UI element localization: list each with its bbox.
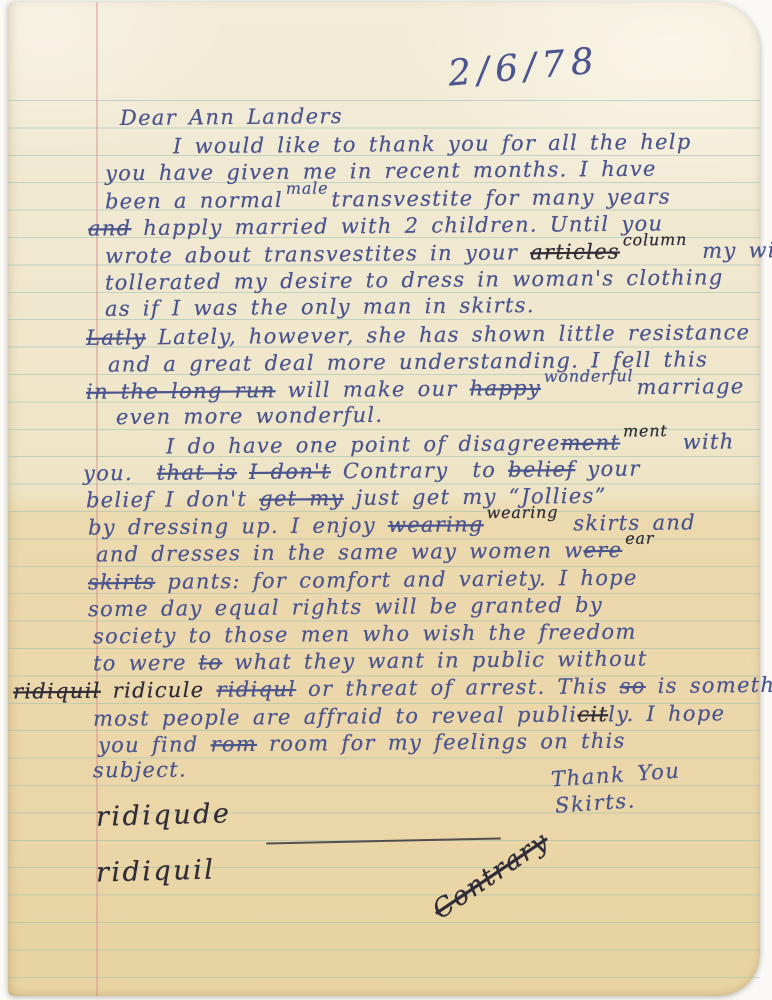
- handwriting-segment: to: [199, 650, 223, 674]
- handwriting-segment: ment: [623, 417, 668, 444]
- handwriting-segment: ear: [625, 525, 654, 552]
- scan-background: 2/6/78 Dear Ann LandersI would like to t…: [0, 0, 772, 1000]
- handwritten-line: you have given me in recent months. I ha…: [105, 156, 657, 188]
- handwriting-segment: subject.: [93, 758, 187, 783]
- handwriting-segment: you find: [98, 732, 211, 757]
- handwriting-segment: Contrary to: [331, 458, 508, 484]
- handwriting-segment: [237, 460, 249, 484]
- handwriting-segment: in the long run: [86, 378, 276, 404]
- handwriting-segment: will make our: [275, 377, 469, 403]
- handwriting-segment: wrote about transvestites in your: [105, 240, 530, 268]
- handwriting-segment: ment: [561, 431, 621, 456]
- handwritten-line: Dear Ann Landers: [120, 103, 343, 132]
- handwriting-segment: male: [286, 175, 329, 202]
- practice-word-2: ridiquil: [96, 856, 216, 886]
- handwriting-segment: wonderful: [544, 362, 634, 390]
- handwriting-segment: some day equal rights will be granted by: [88, 593, 603, 621]
- handwriting-segment: belief I don't: [86, 487, 259, 513]
- handwritten-line: you find rom room for my feelings on thi…: [98, 728, 626, 760]
- signature-line-2: Skirts.: [554, 787, 637, 820]
- handwriting-segment: ridiqul: [216, 677, 296, 702]
- handwriting-segment: Dear Ann Landers: [120, 104, 343, 130]
- handwriting-segment: with: [671, 430, 735, 455]
- handwriting-segment: you have given me in recent months. I ha…: [105, 157, 657, 186]
- handwritten-line: and happly married with 2 children. Unti…: [88, 210, 664, 242]
- handwriting-segment: Lately, however, she has shown little re…: [146, 320, 751, 349]
- handwriting-segment: just get my “Jollies”: [344, 484, 607, 510]
- handwriting-segment: tollerated my desire to dress in woman's…: [105, 265, 724, 294]
- handwriting-segment: pants: for comfort and variety. I hope: [155, 566, 638, 594]
- handwritten-line: even more wonderful.: [116, 402, 384, 431]
- handwriting-segment: cit: [577, 702, 608, 726]
- handwriting-segment: belief: [508, 457, 576, 482]
- handwriting-segment: ere: [583, 538, 622, 562]
- letter-page: 2/6/78 Dear Ann LandersI would like to t…: [8, 2, 760, 996]
- date-text: 2/6/78: [447, 43, 601, 92]
- handwritten-line: as if I was the only man in skirts.: [105, 292, 535, 323]
- handwriting-segment: and dresses in the same way women w: [96, 538, 584, 566]
- handwriting-segment: that is: [157, 460, 237, 485]
- handwriting-segment: or threat of arrest. This: [296, 674, 620, 701]
- handwriting-segment: my wife: [690, 238, 772, 263]
- handwriting-segment: articles: [530, 240, 620, 265]
- handwriting-segment: what they want in public without: [222, 647, 647, 675]
- handwritten-line: most people are affraid to reveal public…: [93, 700, 726, 733]
- handwriting-segment: so: [620, 674, 646, 698]
- handwriting-segment: I do have one point of disagree: [166, 431, 561, 458]
- handwriting-segment: Latly: [86, 325, 146, 350]
- handwriting-segment: I would like to thank you for all the he…: [173, 130, 692, 159]
- handwriting-segment: rom: [210, 732, 257, 756]
- handwriting-segment: ly. I hope: [608, 701, 725, 726]
- pen-flourish: [266, 838, 501, 845]
- discarded-word: Contrary: [428, 827, 554, 924]
- handwriting-segment: marriage: [636, 374, 744, 399]
- handwriting-segment: room for my feelings on this: [257, 729, 626, 756]
- handwritten-line: tollerated my desire to dress in woman's…: [105, 264, 724, 296]
- handwritten-line: to were to what they want in public with…: [93, 646, 648, 678]
- handwriting-segment: society to those men who wish the freedo…: [93, 620, 637, 649]
- handwriting-segment: column: [623, 226, 688, 254]
- handwriting-segment: to were: [93, 650, 199, 675]
- handwriting-segment: as if I was the only man in skirts.: [105, 293, 535, 321]
- handwritten-line: some day equal rights will be granted by: [88, 592, 603, 623]
- handwriting-segment: ridiquil: [13, 679, 101, 704]
- handwriting-segment: skirts: [88, 570, 155, 595]
- handwriting-segment: most people are affraid to reveal publi: [93, 703, 578, 731]
- handwriting-segment: ridicule: [101, 678, 217, 703]
- handwriting-segment: your: [575, 457, 640, 482]
- handwriting-segment: even more wonderful.: [116, 403, 384, 429]
- handwriting-segment: wearing: [388, 512, 484, 537]
- handwriting-segment: I don't: [249, 459, 331, 484]
- handwritten-line: in the long run will make our happywonde…: [86, 373, 745, 407]
- handwriting-segment: wearing: [486, 499, 558, 527]
- handwritten-line: subject.: [93, 757, 187, 785]
- handwriting-segment: you.: [83, 461, 157, 486]
- handwriting-segment: been a normal: [105, 188, 283, 214]
- handwriting-segment: transvestite for many years: [331, 185, 671, 212]
- handwriting-segment: by dressing up. I enjoy: [88, 513, 388, 540]
- handwriting-segment: happy: [470, 376, 542, 401]
- handwriting-segment: is something: [646, 673, 772, 698]
- handwriting-segment: and: [88, 216, 132, 240]
- handwriting-segment: happly married with 2 children. Until yo…: [131, 211, 663, 240]
- practice-word-1: ridiqude: [96, 800, 232, 831]
- handwriting-segment: get my: [259, 486, 344, 511]
